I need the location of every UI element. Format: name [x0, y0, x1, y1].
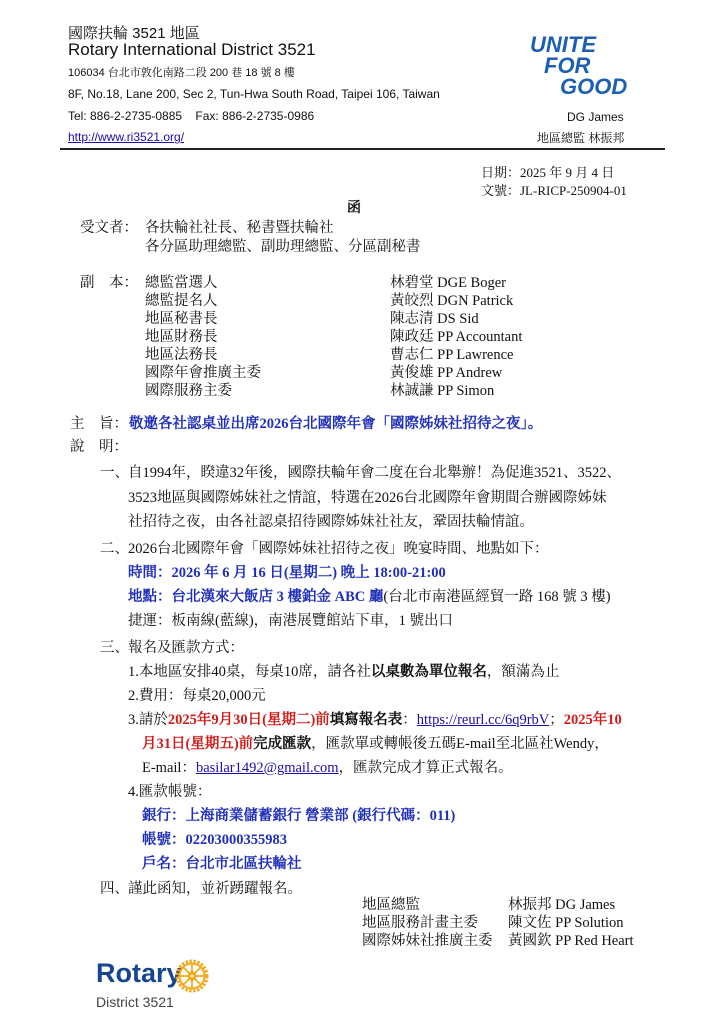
text: 1.本地區安排40桌，每桌10席，請各社 [128, 664, 371, 680]
item3-point2: 2.費用：每桌20,000元 [128, 684, 266, 705]
text: 3.請於 [128, 712, 168, 728]
slogan-line: UNITE [530, 34, 597, 55]
text: ，額滿為止 [487, 664, 560, 680]
signature-name: 黃國欽 PP Red Heart [508, 929, 634, 950]
item3-point3: 3.請於2025年9月30日(星期二)前填寫報名表：https://reurl.… [128, 708, 622, 729]
item4-number: 四、 [100, 877, 129, 898]
signature-role: 國際姊妹社推廣主委 [362, 929, 493, 950]
subject-text: 敬邀各社認桌並出席2026台北國際年會「國際姊妹社招待之夜」。 [129, 412, 542, 433]
item1-line: 社招待之夜，由各社認桌招待國際姊妹社社友，鞏固扶輪情誼。 [128, 510, 534, 531]
cc-label: 副 本： [80, 271, 138, 292]
item3-point4: 4.匯款帳號： [128, 780, 211, 801]
explanation-label: 說 明： [70, 435, 128, 456]
doc-date: 日期：2025 年 9 月 4 日 [481, 162, 614, 181]
rotary-logo-text: Rotary [96, 958, 182, 989]
account-number: 帳號：02203000355983 [142, 828, 287, 849]
text: ，匯款完成才算正式報名。 [339, 760, 513, 776]
rotary-wheel-icon [174, 958, 210, 999]
item3-point1: 1.本地區安排40桌，每桌10席，請各社以桌數為單位報名，額滿為止 [128, 660, 559, 681]
unite-for-good-logo: UNITE FOR GOOD [530, 34, 597, 97]
item2-number: 二、 [100, 537, 129, 558]
item2-intro: 2026台北國際年會「國際姊妹社招待之夜」晚宴時間、地點如下： [128, 537, 549, 558]
item3-number: 三、 [100, 636, 129, 657]
tel-fax: Tel: 886-2-2735-0885 Fax: 886-2-2735-098… [68, 109, 314, 123]
payment-deadline: 月31日(星期五)前 [142, 736, 253, 752]
recipients-label: 受文者： [80, 216, 138, 237]
item1-line: 自1994年，睽違32年後，國際扶輪年會二度在台北舉辦！為促進3521、3522… [128, 461, 621, 482]
item1-line: 3523地區與國際姊妹社之情誼，特選在2026台北國際年會期間合辦國際姊妹 [128, 486, 607, 507]
item1-number: 一、 [100, 461, 129, 482]
doc-type-title: 函 [347, 197, 361, 217]
emphasis: 完成匯款 [253, 736, 311, 752]
bank-name: 銀行：上海商業儲蓄銀行 營業部 (銀行代碼：011) [142, 804, 455, 825]
address-cn: 106034 台北市敦化南路二段 200 巷 18 號 8 樓 [68, 64, 295, 80]
cc-role: 國際服務主委 [145, 379, 232, 400]
account-name: 戶名：台北市北區扶輪社 [142, 852, 302, 873]
governor-name-cn: 地區總監 林振邦 [537, 129, 624, 146]
org-name-en: Rotary International District 3521 [68, 40, 316, 60]
text: ； [549, 712, 564, 728]
event-venue: 地點：台北漢來大飯店 3 樓鉑金 ABC 廳(台北市南港區經貿一路 168 號 … [128, 585, 611, 606]
item3-email-line: E-mail：basilar1492@gmail.com，匯款完成才算正式報名。 [142, 756, 513, 777]
district-label: District 3521 [96, 994, 174, 1010]
registration-form-link[interactable]: https://reurl.cc/6q9rbV [417, 712, 549, 728]
recipients-line: 各分區助理總監、副助理總監、分區副秘書 [145, 235, 421, 256]
registration-deadline: 2025年9月30日(星期二)前 [168, 712, 330, 728]
cc-name: 林誠謙 PP Simon [390, 379, 494, 400]
text: ： [402, 712, 417, 728]
text: E-mail： [142, 760, 196, 776]
venue-address: (台北市南港區經貿一路 168 號 3 樓) [383, 589, 610, 605]
address-en: 8F, No.18, Lane 200, Sec 2, Tun-Hwa Sout… [68, 87, 440, 101]
item3-intro: 報名及匯款方式： [128, 636, 244, 657]
mrt-directions: 捷運：板南線(藍線)，南港展覽館站下車，1 號出口 [128, 609, 453, 630]
emphasis: 填寫報名表 [330, 712, 403, 728]
item3-point3-cont: 月31日(星期五)前完成匯款，匯款單或轉帳後五碼E-mail至北區社Wendy， [142, 732, 609, 753]
recipients-line: 各扶輪社社長、秘書暨扶輪社 [145, 216, 334, 237]
emphasis: 以桌數為單位報名 [371, 664, 487, 680]
event-time: 時間：2026 年 6 月 16 日(星期二) 晚上 18:00-21:00 [128, 561, 446, 582]
slogan-line: GOOD [560, 76, 627, 97]
text: ，匯款單或轉帳後五碼E-mail至北區社Wendy， [311, 736, 609, 752]
header-divider [60, 148, 665, 150]
subject-label: 主 旨： [70, 412, 128, 433]
doc-number: 文號：JL-RICP-250904-01 [481, 180, 627, 199]
venue-name: 地點：台北漢來大飯店 3 樓鉑金 ABC 廳 [128, 589, 383, 605]
item4-text: 謹此函知，並祈踴躍報名。 [128, 877, 302, 898]
slogan-line: FOR [544, 55, 611, 76]
email-link[interactable]: basilar1492@gmail.com [196, 760, 339, 776]
governor-name-en: DG James [567, 110, 624, 124]
payment-deadline: 2025年10 [564, 712, 622, 728]
website-link[interactable]: http://www.ri3521.org/ [68, 130, 184, 144]
